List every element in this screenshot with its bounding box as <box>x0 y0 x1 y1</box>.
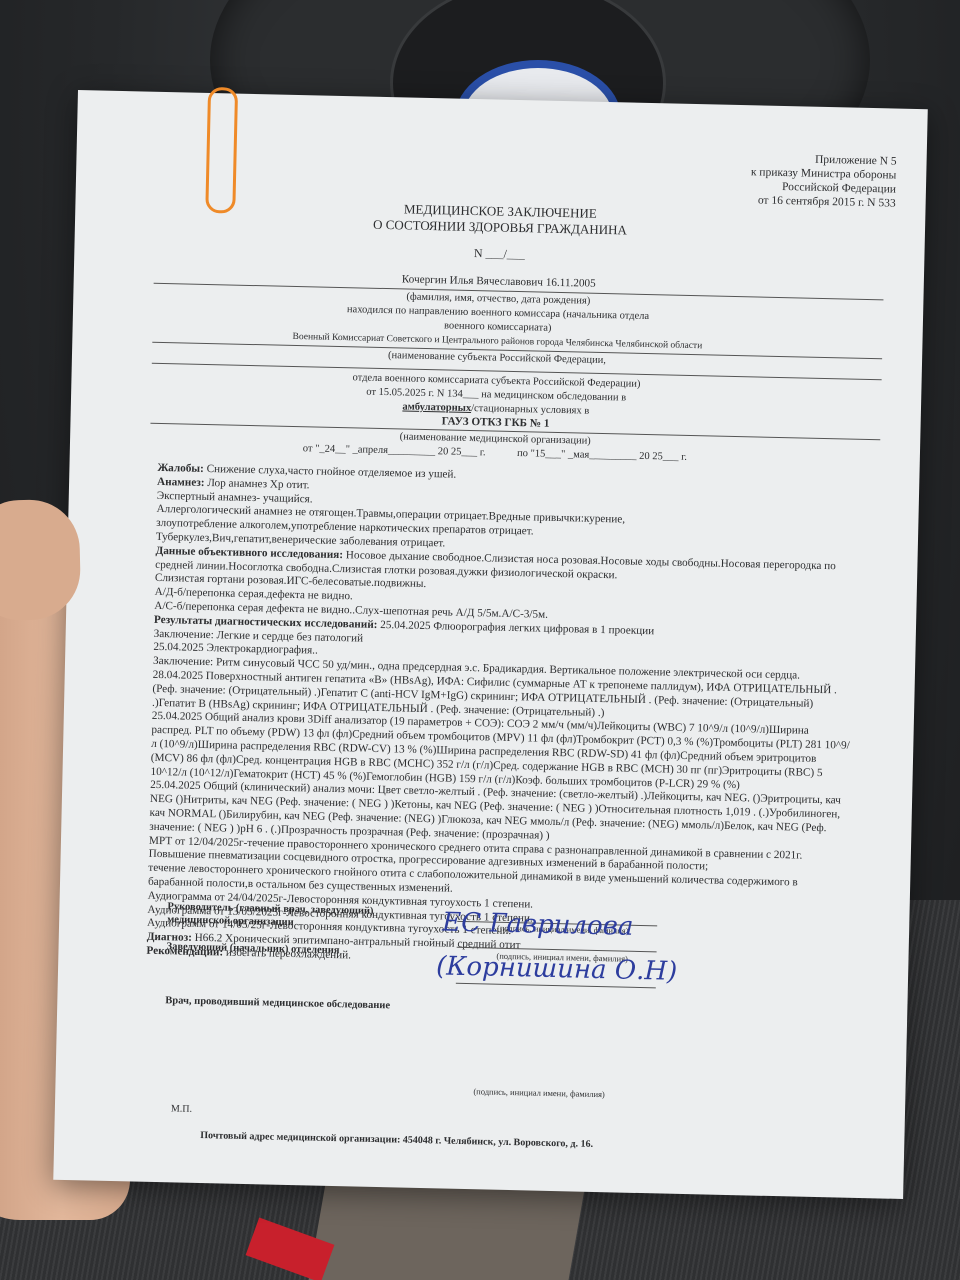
appendix-reference: Приложение N 5 к приказу Министра оборон… <box>750 151 897 210</box>
report-body: Жалобы: Снижение слуха,часто гнойное отд… <box>146 462 857 974</box>
handwritten-signature: (Корнишина О.Н) <box>436 960 677 979</box>
medical-certificate-paper: Приложение N 5 к приказу Министра оборон… <box>53 90 928 1199</box>
handwritten-signature: ЕС Гаврилова <box>442 916 633 934</box>
signature-caption: (подпись, инициал имени, фамилия) <box>473 1085 605 1102</box>
appendix-line: от 16 сентября 2015 г. N 533 <box>750 193 896 210</box>
document-number: N ___/___ <box>74 238 924 271</box>
stamp-place: М.П. <box>171 1102 192 1116</box>
head-label: медицинской организации <box>167 913 294 930</box>
postal-address: Почтовый адрес медицинской организации: … <box>200 1129 593 1152</box>
doctor-label: Врач, проводивший медицинское обследован… <box>165 994 390 1013</box>
paperclip-icon <box>205 87 238 214</box>
